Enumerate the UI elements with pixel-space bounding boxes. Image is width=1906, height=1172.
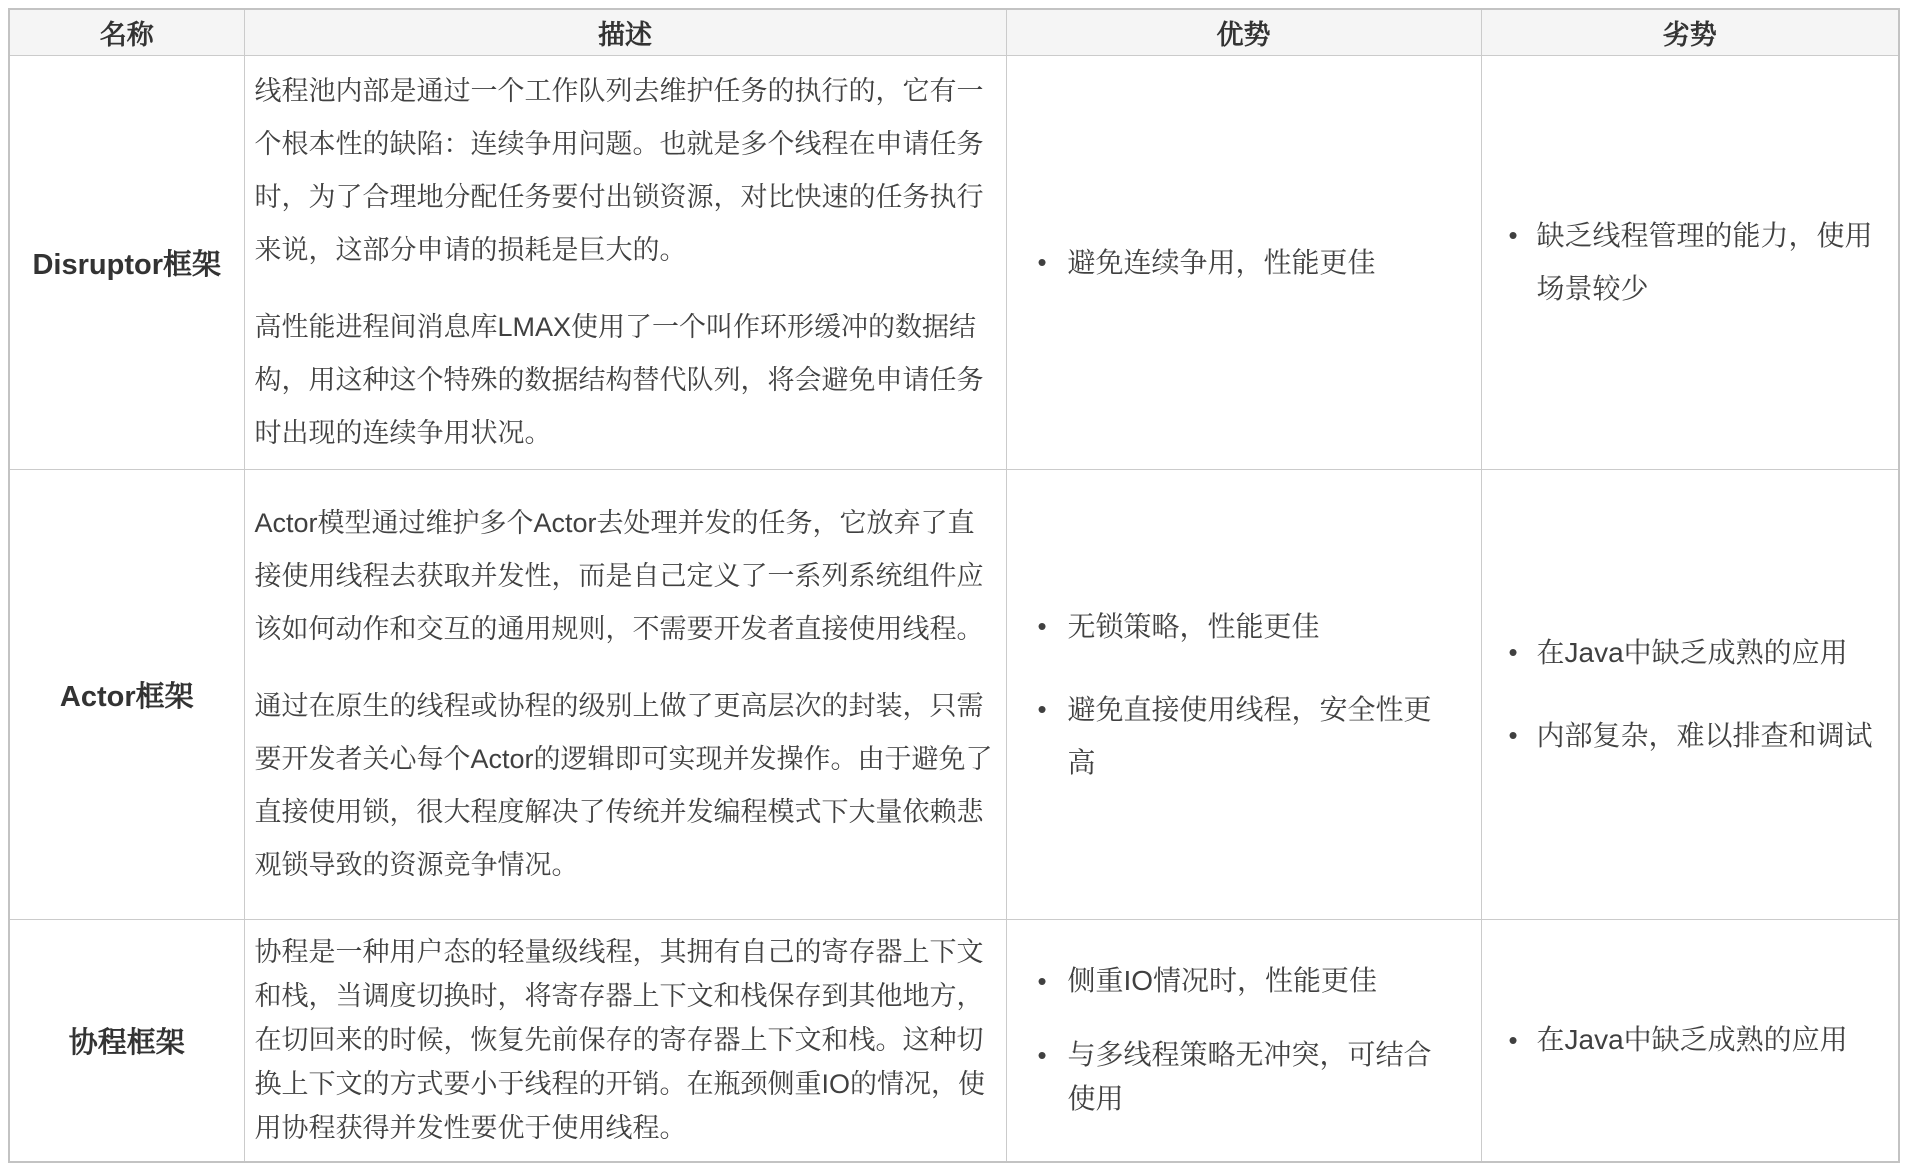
- advantage-item: 避免直接使用线程，安全性更高: [1032, 683, 1456, 789]
- framework-name: Disruptor框架: [9, 55, 244, 469]
- table-row-coroutine: 协程框架 协程是一种用户态的轻量级线程，其拥有自己的寄存器上下文和栈，当调度切换…: [9, 919, 1899, 1162]
- description-paragraph: Actor模型通过维护多个Actor去处理并发的任务，它放弃了直接使用线程去获取…: [255, 497, 996, 656]
- framework-description: 线程池内部是通过一个工作队列去维护任务的执行的，它有一个根本性的缺陷：连续争用问…: [244, 55, 1006, 469]
- framework-description: Actor模型通过维护多个Actor去处理并发的任务，它放弃了直接使用线程去获取…: [244, 469, 1006, 919]
- framework-name: 协程框架: [9, 919, 244, 1162]
- advantages-list: 侧重IO情况时，性能更佳 与多线程策略无冲突，可结合使用: [1008, 959, 1480, 1121]
- framework-disadvantages: 缺乏线程管理的能力，使用场景较少: [1481, 55, 1899, 469]
- disadvantages-list: 缺乏线程管理的能力，使用场景较少: [1483, 209, 1898, 315]
- description-paragraph: 通过在原生的线程或协程的级别上做了更高层次的封装，只需要开发者关心每个Actor…: [255, 680, 996, 892]
- column-header-advantages: 优势: [1006, 9, 1481, 55]
- description-paragraph: 协程是一种用户态的轻量级线程，其拥有自己的寄存器上下文和栈，当调度切换时，将寄存…: [255, 930, 996, 1150]
- advantage-item: 避免连续争用，性能更佳: [1032, 236, 1456, 289]
- disadvantage-item: 在Java中缺乏成熟的应用: [1503, 1018, 1878, 1062]
- framework-disadvantages: 在Java中缺乏成熟的应用: [1481, 919, 1899, 1162]
- column-header-name: 名称: [9, 9, 244, 55]
- advantages-list: 无锁策略，性能更佳 避免直接使用线程，安全性更高: [1008, 600, 1480, 789]
- table-row-disruptor: Disruptor框架 线程池内部是通过一个工作队列去维护任务的执行的，它有一个…: [9, 55, 1899, 469]
- column-header-disadvantages: 劣势: [1481, 9, 1899, 55]
- framework-description: 协程是一种用户态的轻量级线程，其拥有自己的寄存器上下文和栈，当调度切换时，将寄存…: [244, 919, 1006, 1162]
- table-row-actor: Actor框架 Actor模型通过维护多个Actor去处理并发的任务，它放弃了直…: [9, 469, 1899, 919]
- framework-disadvantages: 在Java中缺乏成熟的应用 内部复杂，难以排查和调试: [1481, 469, 1899, 919]
- framework-advantages: 侧重IO情况时，性能更佳 与多线程策略无冲突，可结合使用: [1006, 919, 1481, 1162]
- framework-advantages: 避免连续争用，性能更佳: [1006, 55, 1481, 469]
- header-row: 名称 描述 优势 劣势: [9, 9, 1899, 55]
- description-paragraph: 线程池内部是通过一个工作队列去维护任务的执行的，它有一个根本性的缺陷：连续争用问…: [255, 65, 996, 277]
- disadvantage-item: 在Java中缺乏成熟的应用: [1503, 626, 1878, 679]
- disadvantage-item: 缺乏线程管理的能力，使用场景较少: [1503, 209, 1878, 315]
- advantage-item: 侧重IO情况时，性能更佳: [1032, 959, 1456, 1003]
- description-paragraph: 高性能进程间消息库LMAX使用了一个叫作环形缓冲的数据结构，用这种这个特殊的数据…: [255, 301, 996, 460]
- advantage-item: 无锁策略，性能更佳: [1032, 600, 1456, 653]
- disadvantages-list: 在Java中缺乏成熟的应用: [1483, 1018, 1898, 1062]
- framework-advantages: 无锁策略，性能更佳 避免直接使用线程，安全性更高: [1006, 469, 1481, 919]
- advantage-item: 与多线程策略无冲突，可结合使用: [1032, 1033, 1456, 1121]
- column-header-description: 描述: [244, 9, 1006, 55]
- framework-name: Actor框架: [9, 469, 244, 919]
- disadvantages-list: 在Java中缺乏成熟的应用 内部复杂，难以排查和调试: [1483, 626, 1898, 762]
- framework-comparison-table: 名称 描述 优势 劣势 Disruptor框架 线程池内部是通过一个工作队列去维…: [8, 8, 1900, 1163]
- advantages-list: 避免连续争用，性能更佳: [1008, 236, 1480, 289]
- disadvantage-item: 内部复杂，难以排查和调试: [1503, 709, 1878, 762]
